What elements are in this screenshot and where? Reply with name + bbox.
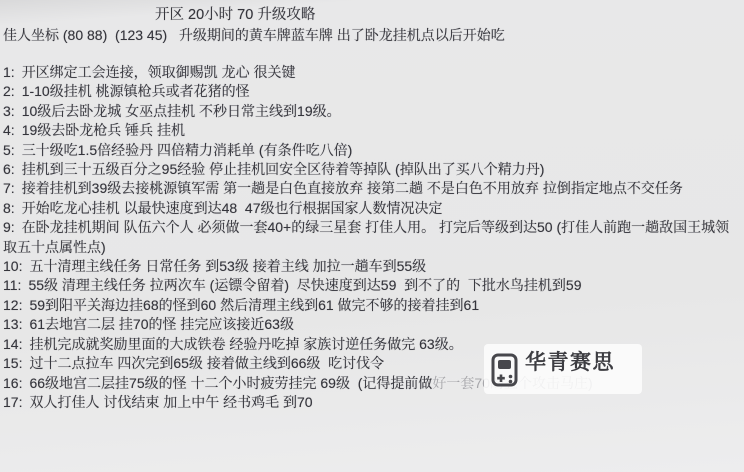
line-text: 66级地宫二层挂75级的怪 十二个小时疲劳挂完 69级 (记得提前做	[29, 375, 432, 391]
guide-line-3: 3:10级后去卧龙城 女巫点挂机 不秒日常主线到19级。	[3, 102, 740, 121]
watermark-badge: 华青赛思	[484, 344, 642, 394]
line-number: 4:	[3, 122, 15, 138]
line-number: 5:	[3, 142, 15, 158]
line-text: 双人打佳人 讨伐结束 加上中午 经书鸡毛 到70	[29, 394, 312, 410]
guide-line-12: 12:59到阳平关海边挂68的怪到60 然后清理主线到61 做完不够的接着挂到6…	[3, 296, 740, 315]
guide-line-13: 13:61去地宫二层 挂70的怪 挂完应该接近63级	[3, 315, 740, 334]
guide-line-10: 10:五十清理主线任务 日常任务 到53级 接着主线 加拉一趟车到55级	[3, 257, 740, 276]
line-number: 1:	[3, 64, 15, 80]
watermark-brand-text: 华青赛思	[525, 350, 615, 376]
line-text: 开区绑定工会连接，领取御赐凯 龙心 很关键	[22, 64, 296, 80]
line-text: 19级去卧龙枪兵 锤兵 挂机	[22, 122, 185, 138]
line-text: 过十二点拉车 四次完到65级 接着做主线到66级 吃讨伐令	[29, 355, 384, 371]
line-text: 五十清理主线任务 日常任务 到53级 接着主线 加拉一趟车到55级	[29, 258, 426, 274]
guide-line-6: 6:挂机到三十五级百分之95经验 停止挂机回安全区待着等掉队 (掉队出了买八个精…	[3, 160, 740, 179]
line-text: 在卧龙挂机期间 队伍六个人 必须做一套40+的绿三星套 打佳人用。 打完后等级到…	[3, 219, 729, 254]
guide-line-2: 2:1-10级挂机 桃源镇枪兵或者花猪的怪	[3, 82, 740, 101]
guide-line-8: 8:开始吃龙心挂机 以最快速度到达48 47级也行根据国家人数情况决定	[3, 199, 740, 218]
line-text: 接着挂机到39级去接桃源镇军需 第一趟是白色直接放弃 接第二趟 不是白色不用放弃…	[22, 180, 683, 196]
line-number: 12:	[3, 297, 22, 313]
handheld-console-icon	[491, 353, 518, 392]
line-text: 开始吃龙心挂机 以最快速度到达48 47级也行根据国家人数情况决定	[22, 200, 443, 216]
line-number: 8:	[3, 200, 15, 216]
line-text: 三十级吃1.5倍经验丹 四倍精力消耗单 (有条件吃八倍)	[22, 142, 353, 158]
guide-line-11: 11:55级 清理主线任务 拉两次车 (运镖令留着) 尽快速度到达59 到不了的…	[3, 276, 740, 295]
guide-line-17: 17:双人打佳人 讨伐结束 加上中午 经书鸡毛 到70	[3, 393, 740, 412]
line-number: 16:	[3, 375, 22, 391]
guide-document: 开区 20小时 70 升级攻略 佳人坐标 (80 88) (123 45) 升级…	[0, 0, 744, 472]
line-text: 59到阳平关海边挂68的怪到60 然后清理主线到61 做完不够的接着挂到61	[29, 297, 479, 313]
line-text: 挂机完成就奖励里面的大成铁卷 经验丹吃掉 家族讨逆任务做完 63级。	[29, 336, 462, 352]
line-number: 13:	[3, 316, 22, 332]
line-number: 3:	[3, 103, 15, 119]
line-text: 55级 清理主线任务 拉两次车 (运镖令留着) 尽快速度到达59 到不了的 下批…	[28, 277, 581, 293]
guide-line-9: 9:在卧龙挂机期间 队伍六个人 必须做一套40+的绿三星套 打佳人用。 打完后等…	[3, 218, 740, 257]
line-text: 61去地宫二层 挂70的怪 挂完应该接近63级	[29, 316, 294, 332]
guide-line-4: 4:19级去卧龙枪兵 锤兵 挂机	[3, 121, 740, 140]
line-number: 10:	[3, 258, 22, 274]
guide-line-7: 7:接着挂机到39级去接桃源镇军需 第一趟是白色直接放弃 接第二趟 不是白色不用…	[3, 179, 740, 198]
guide-line-1: 1:开区绑定工会连接，领取御赐凯 龙心 很关键	[3, 63, 740, 82]
line-text: 10级后去卧龙城 女巫点挂机 不秒日常主线到19级。	[22, 103, 341, 119]
line-number: 15:	[3, 355, 22, 371]
guide-line-5: 5:三十级吃1.5倍经验丹 四倍精力消耗单 (有条件吃八倍)	[3, 141, 740, 160]
line-number: 6:	[3, 161, 15, 177]
page-title: 开区 20小时 70 升级攻略	[0, 0, 744, 25]
line-number: 9:	[3, 219, 15, 235]
line-number: 2:	[3, 83, 15, 99]
line-number: 11:	[3, 277, 21, 293]
line-text: 挂机到三十五级百分之95经验 停止挂机回安全区待着等掉队 (掉队出了买八个精力丹…	[22, 161, 545, 177]
line-number: 17:	[3, 394, 22, 410]
line-number: 7:	[3, 180, 15, 196]
line-text: 1-10级挂机 桃源镇枪兵或者花猪的怪	[22, 83, 250, 99]
coordinates-line: 佳人坐标 (80 88) (123 45) 升级期间的黄车牌蓝车牌 出了卧龙挂机…	[0, 25, 744, 45]
line-number: 14:	[3, 336, 22, 352]
